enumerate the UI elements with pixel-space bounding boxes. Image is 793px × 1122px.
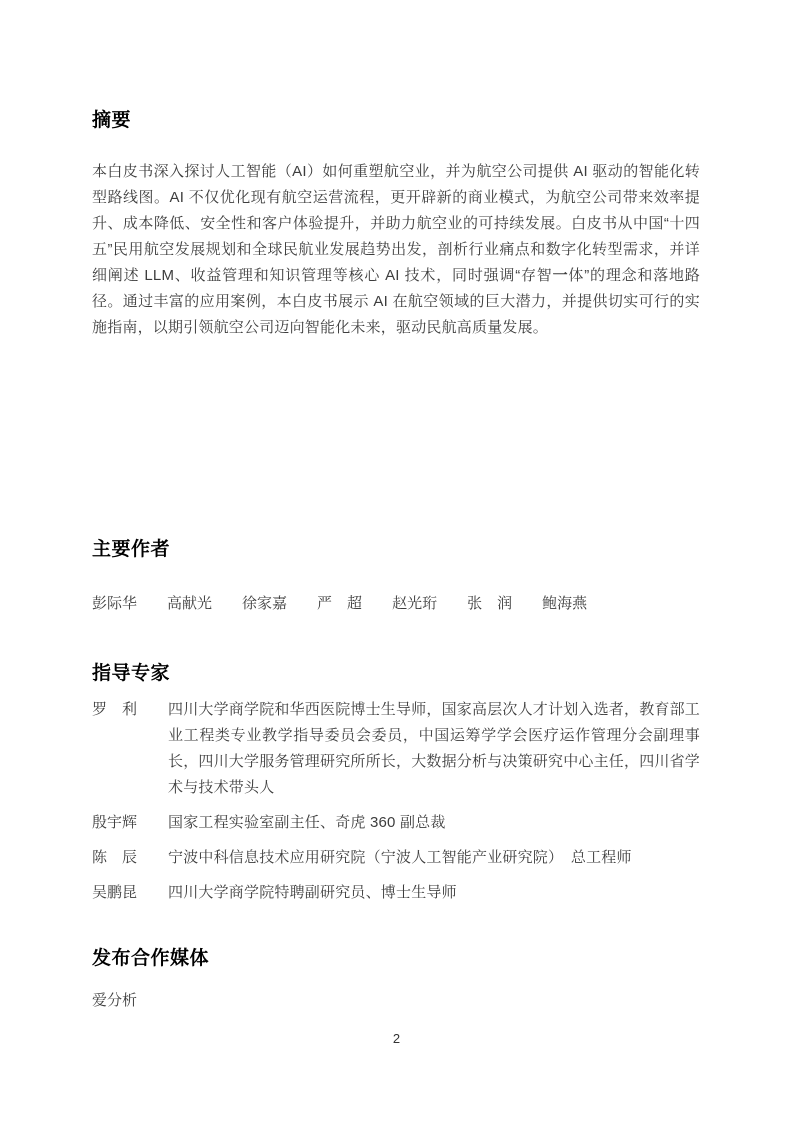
expert-description: 宁波中科信息技术应用研究院（宁波人工智能产业研究院） 总工程师	[168, 845, 700, 871]
abstract-paragraph: 本白皮书深入探讨人工智能（AI）如何重塑航空业，并为航空公司提供 AI 驱动的智…	[92, 159, 700, 341]
expert-description: 国家工程实验室副主任、奇虎 360 副总裁	[168, 810, 700, 836]
author-name: 鲍海燕	[542, 591, 587, 617]
expert-row: 罗 利 四川大学商学院和华西医院博士生导师，国家高层次人才计划入选者，教育部工业…	[92, 697, 700, 801]
page-number: 2	[0, 1030, 793, 1048]
expert-row: 殷宇辉 国家工程实验室副主任、奇虎 360 副总裁	[92, 810, 700, 836]
expert-description: 四川大学商学院和华西医院博士生导师，国家高层次人才计划入选者，教育部工业工程类专…	[168, 697, 700, 801]
author-name: 张 润	[467, 591, 512, 617]
author-name: 徐家嘉	[242, 591, 287, 617]
author-name: 高献光	[167, 591, 212, 617]
authors-list: 彭际华 高献光 徐家嘉 严 超 赵光珩 张 润 鲍海燕	[92, 591, 700, 617]
author-name: 严 超	[317, 591, 362, 617]
experts-heading: 指导专家	[92, 661, 700, 687]
page-content: 摘要 本白皮书深入探讨人工智能（AI）如何重塑航空业，并为航空公司提供 AI 驱…	[0, 108, 793, 1014]
authors-heading: 主要作者	[92, 537, 700, 563]
document-page: 摘要 本白皮书深入探讨人工智能（AI）如何重塑航空业，并为航空公司提供 AI 驱…	[0, 0, 793, 1122]
author-name: 彭际华	[92, 591, 137, 617]
expert-description: 四川大学商学院特聘副研究员、博士生导师	[168, 880, 700, 906]
expert-name: 陈 辰	[92, 845, 168, 871]
media-item: 爱分析	[92, 988, 700, 1014]
expert-name: 罗 利	[92, 697, 168, 801]
expert-name: 殷宇辉	[92, 810, 168, 836]
expert-name: 吴鹏昆	[92, 880, 168, 906]
abstract-text-emphasis: 一	[553, 267, 569, 284]
abstract-text-pre: 本白皮书深入探讨人工智能（AI）如何重塑航空业，并为航空公司提供 AI 驱动的智…	[92, 163, 700, 284]
author-name: 赵光珩	[392, 591, 437, 617]
expert-row: 吴鹏昆 四川大学商学院特聘副研究员、博士生导师	[92, 880, 700, 906]
media-heading: 发布合作媒体	[92, 946, 700, 972]
expert-row: 陈 辰 宁波中科信息技术应用研究院（宁波人工智能产业研究院） 总工程师	[92, 845, 700, 871]
abstract-heading: 摘要	[92, 108, 700, 134]
experts-list: 罗 利 四川大学商学院和华西医院博士生导师，国家高层次人才计划入选者，教育部工业…	[92, 697, 700, 906]
